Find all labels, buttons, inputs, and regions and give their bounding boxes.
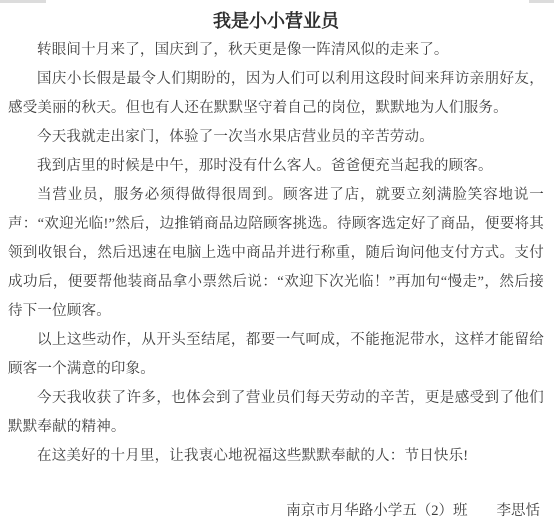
essay-paragraph-3: 今天我就走出家门，体验了一次当水果店营业员的辛苦劳动。	[8, 123, 544, 152]
essay-paragraph-2: 国庆小长假是最令人们期盼的，因为人们可以利用这段时间来拜访亲朋好友，感受美丽的秋…	[8, 65, 544, 123]
document-page: { "document": { "title": "我是小小营业员", "par…	[0, 0, 554, 530]
top-left-scan-edge	[0, 0, 46, 3]
essay-paragraph-7: 今天我收获了许多，也体会到了营业员们每天劳动的辛苦，更是感受到了他们默默奉献的精…	[8, 384, 544, 442]
essay-title: 我是小小营业员	[8, 8, 544, 34]
top-right-scan-edge	[529, 0, 554, 3]
essay-paragraph-6: 以上这些动作，从开头至结尾，都要一气呵成，不能拖泥带水，这样才能留给顾客一个满意…	[8, 326, 544, 384]
essay-document: 我是小小营业员 转眼间十月来了，国庆到了，秋天更是像一阵清风似的走来了。 国庆小…	[0, 0, 554, 526]
essay-paragraph-4: 我到店里的时候是中午，那时没有什么客人。爸爸便充当起我的顾客。	[8, 152, 544, 181]
essay-paragraph-5: 当营业员，服务必须得做得很周到。顾客进了店，就要立刻满脸笑容地说一声：“欢迎光临…	[8, 181, 544, 326]
essay-paragraph-1: 转眼间十月来了，国庆到了，秋天更是像一阵清风似的走来了。	[8, 36, 544, 65]
essay-signature: 南京市月华路小学五（2）班 李思恬	[8, 497, 540, 526]
essay-paragraph-8: 在这美好的十月里，让我衷心地祝福这些默默奉献的人：节日快乐!	[8, 442, 544, 471]
